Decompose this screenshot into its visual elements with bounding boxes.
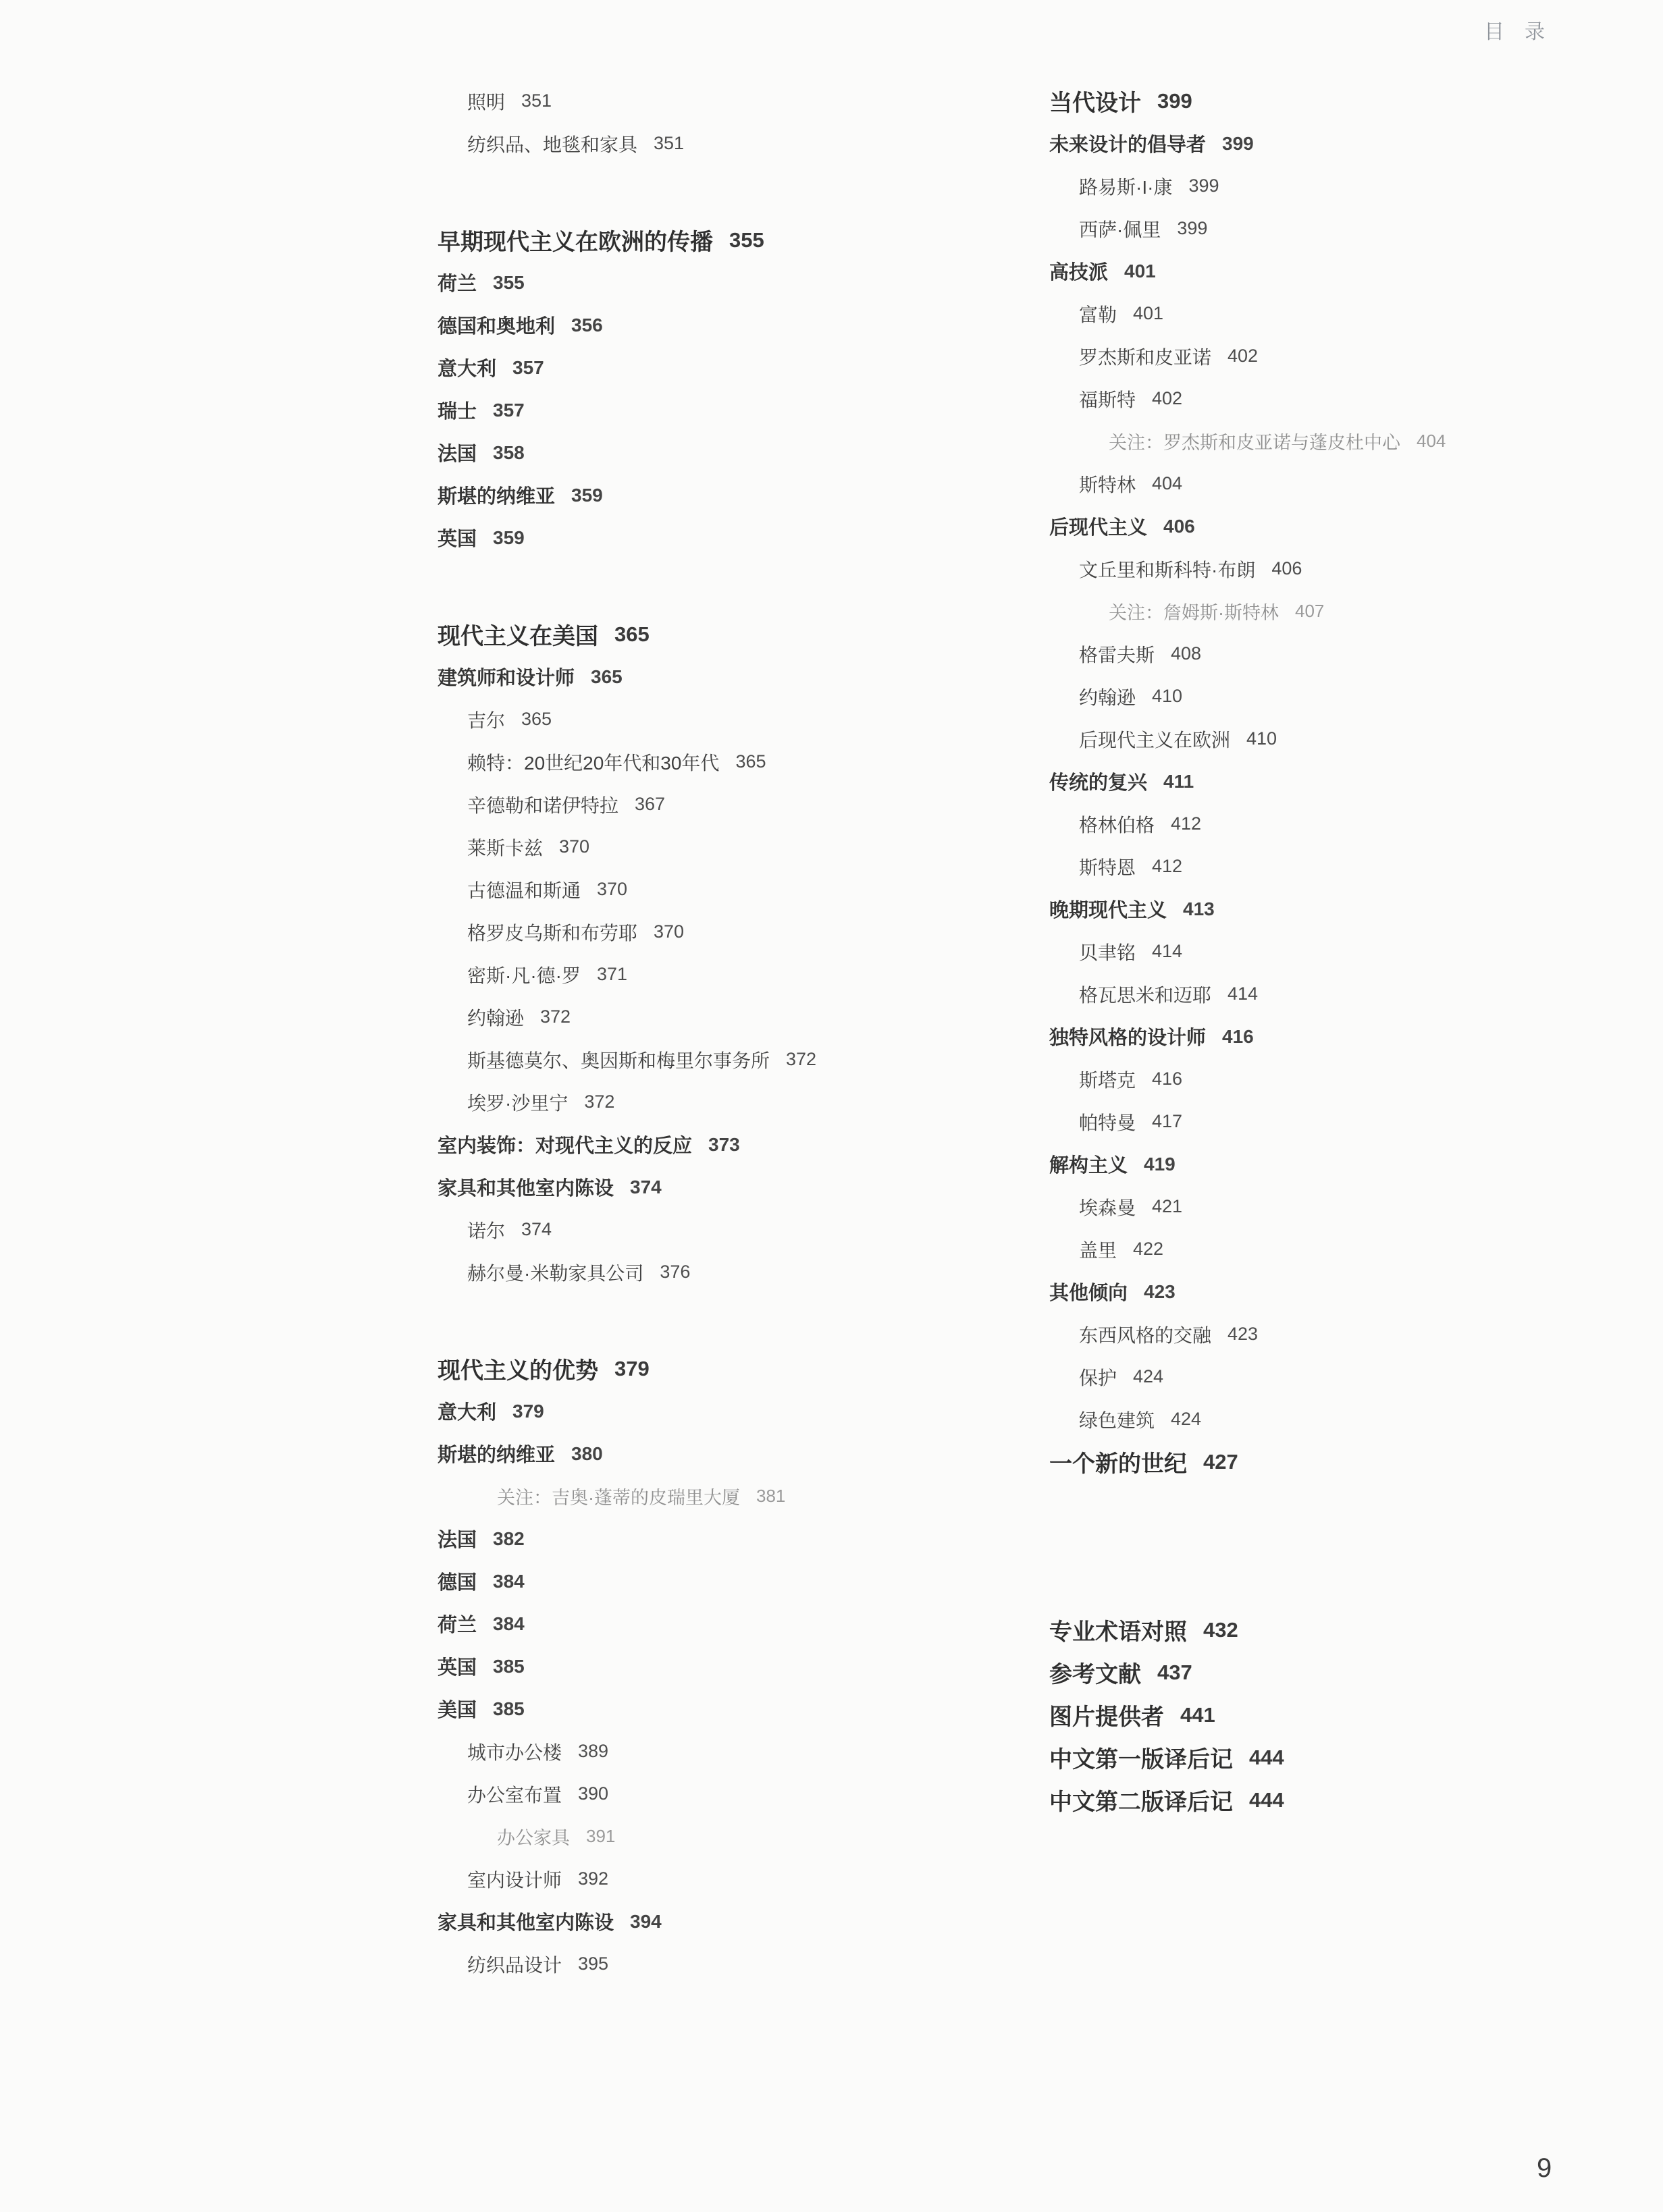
toc-entry-label: 莱斯卡兹 bbox=[467, 834, 543, 861]
toc-entry-label: 家具和其他室内陈设 bbox=[438, 1908, 614, 1935]
toc-entry-label: 德国 bbox=[438, 1567, 477, 1595]
toc-entry-label: 文丘里和斯科特·布朗 bbox=[1079, 556, 1255, 583]
toc-entry: 文丘里和斯科特·布朗406 bbox=[1049, 547, 1643, 590]
toc-entry: 法国382 bbox=[438, 1517, 1005, 1560]
toc-entry-page: 406 bbox=[1271, 558, 1302, 579]
toc-entry-label: 独特风格的设计师 bbox=[1049, 1023, 1206, 1050]
toc-entry-label: 约翰逊 bbox=[1079, 683, 1136, 710]
toc-entry-page: 413 bbox=[1183, 898, 1215, 920]
toc-entry: 中文第二版译后记444 bbox=[1049, 1779, 1643, 1821]
toc-entry-page: 437 bbox=[1157, 1661, 1192, 1685]
toc-entry-label: 格雷夫斯 bbox=[1079, 641, 1155, 668]
toc-entry: 莱斯卡兹370 bbox=[438, 826, 1005, 868]
toc-entry: 纺织品、地毯和家具351 bbox=[438, 122, 1005, 165]
toc-entry-label: 办公室布置 bbox=[467, 1781, 562, 1808]
toc-entry-page: 358 bbox=[493, 442, 525, 464]
toc-entry-page: 384 bbox=[493, 1571, 525, 1592]
toc-entry: 贝聿铭414 bbox=[1049, 930, 1643, 973]
toc-entry-label: 福斯特 bbox=[1079, 385, 1136, 412]
toc-entry-label: 古德温和斯通 bbox=[467, 876, 581, 903]
toc-entry-label: 室内装饰：对现代主义的反应 bbox=[438, 1131, 692, 1158]
toc-entry-page: 381 bbox=[756, 1486, 785, 1507]
toc-entry-page: 357 bbox=[493, 400, 525, 421]
toc-entry: 绿色建筑424 bbox=[1049, 1398, 1643, 1440]
toc-column-right: 当代设计399未来设计的倡导者399路易斯·I·康399西萨·佩里399高技派4… bbox=[1049, 80, 1643, 1821]
toc-entry-label: 斯堪的纳维亚 bbox=[438, 1440, 555, 1467]
toc-entry-label: 解构主义 bbox=[1049, 1150, 1128, 1178]
toc-entry: 盖里422 bbox=[1049, 1228, 1643, 1270]
toc-entry-page: 370 bbox=[654, 921, 684, 942]
toc-entry-label: 富勒 bbox=[1079, 300, 1117, 327]
toc-entry-label: 中文第一版译后记 bbox=[1049, 1741, 1233, 1774]
toc-entry-page: 399 bbox=[1222, 133, 1254, 155]
toc-entry-page: 410 bbox=[1246, 728, 1277, 749]
toc-entry-label: 东西风格的交融 bbox=[1079, 1321, 1211, 1348]
toc-entry-page: 372 bbox=[540, 1006, 571, 1027]
toc-entry: 斯堪的纳维亚359 bbox=[438, 474, 1005, 516]
toc-entry-label: 高技派 bbox=[1049, 257, 1108, 285]
toc-entry-page: 410 bbox=[1152, 686, 1182, 707]
toc-entry-page: 423 bbox=[1144, 1281, 1176, 1303]
toc-entry: 纺织品设计395 bbox=[438, 1943, 1005, 1985]
toc-entry-label: 晚期现代主义 bbox=[1049, 895, 1167, 923]
toc-entry: 斯塔克416 bbox=[1049, 1058, 1643, 1100]
toc-entry: 后现代主义406 bbox=[1049, 505, 1643, 547]
toc-entry-page: 376 bbox=[660, 1262, 690, 1283]
toc-entry-page: 411 bbox=[1163, 771, 1194, 792]
toc-entry: 意大利357 bbox=[438, 346, 1005, 389]
toc-entry: 图片提供者441 bbox=[1049, 1694, 1643, 1736]
toc-entry-page: 365 bbox=[591, 666, 623, 688]
toc-entry: 室内装饰：对现代主义的反应373 bbox=[438, 1123, 1005, 1166]
toc-entry-page: 372 bbox=[786, 1049, 816, 1070]
toc-entry-page: 432 bbox=[1203, 1618, 1238, 1642]
toc-entry-page: 404 bbox=[1417, 431, 1446, 452]
toc-entry-label: 盖里 bbox=[1079, 1236, 1117, 1263]
toc-entry: 格罗皮乌斯和布劳耶370 bbox=[438, 911, 1005, 953]
toc-entry: 吉尔365 bbox=[438, 698, 1005, 740]
toc-entry-page: 351 bbox=[521, 90, 552, 111]
toc-entry-label: 纺织品设计 bbox=[467, 1951, 562, 1978]
toc-entry-label: 专业术语对照 bbox=[1049, 1613, 1187, 1646]
toc-entry-label: 斯特林 bbox=[1079, 470, 1136, 497]
toc-entry: 福斯特402 bbox=[1049, 377, 1643, 420]
toc-entry-page: 380 bbox=[571, 1443, 603, 1465]
toc-entry-label: 英国 bbox=[438, 1652, 477, 1680]
toc-entry: 古德温和斯通370 bbox=[438, 868, 1005, 911]
toc-entry: 传统的复兴411 bbox=[1049, 760, 1643, 803]
toc-entry-page: 389 bbox=[578, 1741, 608, 1762]
toc-entry: 斯基德莫尔、奥因斯和梅里尔事务所372 bbox=[438, 1038, 1005, 1081]
toc-entry: 早期现代主义在欧洲的传播355 bbox=[438, 219, 1005, 261]
toc-entry-page: 402 bbox=[1152, 388, 1182, 409]
toc-entry: 约翰逊372 bbox=[438, 996, 1005, 1038]
toc-entry-page: 370 bbox=[597, 879, 627, 900]
toc-entry-label: 赫尔曼·米勒家具公司 bbox=[467, 1259, 643, 1286]
toc-entry-page: 399 bbox=[1188, 176, 1219, 196]
toc-entry: 荷兰355 bbox=[438, 261, 1005, 304]
toc-entry: 德国和奥地利356 bbox=[438, 304, 1005, 346]
toc-entry-page: 427 bbox=[1203, 1450, 1238, 1474]
toc-entry-label: 其他倾向 bbox=[1049, 1278, 1128, 1305]
toc-entry: 建筑师和设计师365 bbox=[438, 655, 1005, 698]
toc-entry: 晚期现代主义413 bbox=[1049, 888, 1643, 930]
toc-entry: 埃森曼421 bbox=[1049, 1185, 1643, 1228]
toc-entry-page: 441 bbox=[1180, 1703, 1215, 1727]
toc-entry-label: 现代主义在美国 bbox=[438, 618, 598, 651]
toc-entry-page: 373 bbox=[708, 1134, 740, 1156]
toc-entry: 斯特恩412 bbox=[1049, 845, 1643, 888]
toc-entry-page: 401 bbox=[1124, 261, 1156, 282]
toc-entry: 辛德勒和诺伊特拉367 bbox=[438, 783, 1005, 826]
toc-entry-label: 意大利 bbox=[438, 354, 496, 381]
toc-entry-page: 390 bbox=[578, 1783, 608, 1804]
toc-entry-page: 424 bbox=[1171, 1409, 1201, 1430]
toc-entry-page: 379 bbox=[614, 1357, 650, 1381]
document-page: 目 录 照明351纺织品、地毯和家具351早期现代主义在欧洲的传播355荷兰35… bbox=[0, 0, 1663, 2212]
toc-entry: 解构主义419 bbox=[1049, 1143, 1643, 1185]
toc-entry-label: 赖特：20世纪20年代和30年代 bbox=[467, 749, 719, 776]
toc-entry: 室内设计师392 bbox=[438, 1858, 1005, 1900]
toc-entry: 帕特曼417 bbox=[1049, 1100, 1643, 1143]
toc-entry: 德国384 bbox=[438, 1560, 1005, 1602]
toc-entry: 其他倾向423 bbox=[1049, 1270, 1643, 1313]
toc-entry: 关注：吉奥·蓬蒂的皮瑞里大厦381 bbox=[438, 1475, 1005, 1517]
toc-entry-label: 关注：詹姆斯·斯特林 bbox=[1109, 598, 1279, 624]
toc-entry-label: 中文第二版译后记 bbox=[1049, 1783, 1233, 1816]
toc-entry-label: 办公家具 bbox=[497, 1823, 570, 1850]
toc-entry-page: 385 bbox=[493, 1698, 525, 1720]
toc-entry-label: 英国 bbox=[438, 524, 477, 551]
toc-entry-page: 370 bbox=[559, 836, 589, 857]
toc-entry: 办公室布置390 bbox=[438, 1773, 1005, 1815]
toc-entry: 现代主义的优势379 bbox=[438, 1347, 1005, 1390]
toc-entry: 办公家具391 bbox=[438, 1815, 1005, 1858]
toc-entry-label: 现代主义的优势 bbox=[438, 1352, 598, 1385]
toc-entry-label: 未来设计的倡导者 bbox=[1049, 130, 1206, 157]
toc-entry-page: 404 bbox=[1152, 473, 1182, 494]
toc-entry: 荷兰384 bbox=[438, 1602, 1005, 1645]
toc-entry-page: 355 bbox=[493, 272, 525, 294]
toc-entry-page: 399 bbox=[1177, 218, 1207, 239]
toc-entry-page: 391 bbox=[586, 1826, 615, 1847]
toc-entry: 东西风格的交融423 bbox=[1049, 1313, 1643, 1355]
toc-entry-page: 374 bbox=[630, 1177, 662, 1198]
toc-entry-page: 414 bbox=[1228, 983, 1258, 1004]
toc-entry-page: 444 bbox=[1249, 1788, 1284, 1812]
toc-entry-label: 法国 bbox=[438, 1525, 477, 1553]
toc-entry-page: 392 bbox=[578, 1868, 608, 1889]
toc-entry: 英国385 bbox=[438, 1645, 1005, 1688]
toc-entry: 约翰逊410 bbox=[1049, 675, 1643, 718]
toc-entry: 现代主义在美国365 bbox=[438, 613, 1005, 655]
toc-entry: 格瓦思米和迈耶414 bbox=[1049, 973, 1643, 1015]
toc-entry-label: 保护 bbox=[1079, 1364, 1117, 1391]
toc-entry: 保护424 bbox=[1049, 1355, 1643, 1398]
toc-entry-label: 照明 bbox=[467, 88, 505, 115]
toc-entry-label: 帕特曼 bbox=[1079, 1108, 1136, 1135]
toc-entry: 美国385 bbox=[438, 1688, 1005, 1730]
toc-entry: 家具和其他室内陈设394 bbox=[438, 1900, 1005, 1943]
toc-entry: 照明351 bbox=[438, 80, 1005, 122]
toc-entry-page: 407 bbox=[1295, 601, 1324, 622]
toc-entry: 关注：罗杰斯和皮亚诺与蓬皮杜中心404 bbox=[1049, 420, 1643, 462]
toc-entry-label: 德国和奥地利 bbox=[438, 311, 555, 339]
toc-entry-page: 402 bbox=[1228, 346, 1258, 367]
toc-entry: 埃罗·沙里宁372 bbox=[438, 1081, 1005, 1123]
toc-entry-label: 斯基德莫尔、奥因斯和梅里尔事务所 bbox=[467, 1046, 770, 1073]
toc-entry: 英国359 bbox=[438, 516, 1005, 559]
toc-entry: 罗杰斯和皮亚诺402 bbox=[1049, 335, 1643, 377]
toc-entry-label: 参考文献 bbox=[1049, 1656, 1141, 1689]
toc-entry-page: 356 bbox=[571, 315, 603, 336]
toc-entry: 家具和其他室内陈设374 bbox=[438, 1166, 1005, 1208]
toc-entry-page: 382 bbox=[493, 1528, 525, 1550]
toc-entry-label: 早期现代主义在欧洲的传播 bbox=[438, 223, 713, 257]
toc-entry-page: 419 bbox=[1144, 1154, 1176, 1175]
toc-entry-page: 406 bbox=[1163, 516, 1195, 537]
toc-entry-page: 394 bbox=[630, 1911, 662, 1933]
toc-entry-label: 建筑师和设计师 bbox=[438, 663, 575, 691]
toc-entry: 城市办公楼389 bbox=[438, 1730, 1005, 1773]
toc-entry: 富勒401 bbox=[1049, 292, 1643, 335]
toc-entry: 诺尔374 bbox=[438, 1208, 1005, 1251]
toc-entry-label: 格罗皮乌斯和布劳耶 bbox=[467, 919, 637, 946]
toc-entry-label: 意大利 bbox=[438, 1397, 496, 1425]
toc-entry-label: 路易斯·I·康 bbox=[1079, 173, 1172, 200]
page-number: 9 bbox=[1537, 2153, 1552, 2184]
toc-entry: 关注：詹姆斯·斯特林407 bbox=[1049, 590, 1643, 632]
toc-entry-page: 422 bbox=[1133, 1239, 1163, 1260]
toc-entry-label: 罗杰斯和皮亚诺 bbox=[1079, 343, 1211, 370]
toc-entry-page: 395 bbox=[578, 1953, 608, 1974]
toc-entry-label: 荷兰 bbox=[438, 1610, 477, 1638]
toc-entry: 斯特林404 bbox=[1049, 462, 1643, 505]
toc-entry: 赖特：20世纪20年代和30年代365 bbox=[438, 740, 1005, 783]
toc-entry-label: 辛德勒和诺伊特拉 bbox=[467, 791, 618, 818]
toc-entry-page: 412 bbox=[1171, 813, 1201, 834]
toc-entry-label: 家具和其他室内陈设 bbox=[438, 1173, 614, 1201]
toc-entry-label: 关注：吉奥·蓬蒂的皮瑞里大厦 bbox=[497, 1483, 740, 1509]
toc-entry: 独特风格的设计师416 bbox=[1049, 1015, 1643, 1058]
toc-entry: 斯堪的纳维亚380 bbox=[438, 1432, 1005, 1475]
toc-entry: 格雷夫斯408 bbox=[1049, 632, 1643, 675]
toc-entry-label: 关注：罗杰斯和皮亚诺与蓬皮杜中心 bbox=[1109, 428, 1400, 454]
toc-entry-label: 吉尔 bbox=[467, 706, 505, 733]
toc-entry-page: 365 bbox=[735, 751, 766, 772]
toc-entry-page: 384 bbox=[493, 1613, 525, 1635]
toc-entry-label: 后现代主义在欧洲 bbox=[1079, 726, 1230, 753]
toc-entry: 赫尔曼·米勒家具公司376 bbox=[438, 1251, 1005, 1293]
toc-entry: 意大利379 bbox=[438, 1390, 1005, 1432]
toc-entry-page: 351 bbox=[654, 133, 684, 154]
toc-entry-label: 贝聿铭 bbox=[1079, 938, 1136, 965]
toc-entry-label: 室内设计师 bbox=[467, 1866, 562, 1893]
toc-entry-page: 355 bbox=[729, 228, 764, 252]
toc-entry: 格林伯格412 bbox=[1049, 803, 1643, 845]
toc-entry-page: 444 bbox=[1249, 1746, 1284, 1770]
toc-entry-page: 365 bbox=[521, 709, 552, 730]
toc-entry-page: 408 bbox=[1171, 643, 1201, 664]
toc-entry-page: 424 bbox=[1133, 1366, 1163, 1387]
toc-entry: 当代设计399 bbox=[1049, 80, 1643, 122]
toc-entry-label: 瑞士 bbox=[438, 396, 477, 424]
toc-entry-page: 385 bbox=[493, 1656, 525, 1677]
toc-entry: 中文第一版译后记444 bbox=[1049, 1736, 1643, 1779]
toc-entry-label: 格瓦思米和迈耶 bbox=[1079, 981, 1211, 1008]
toc-entry-label: 诺尔 bbox=[467, 1216, 505, 1243]
toc-entry: 未来设计的倡导者399 bbox=[1049, 122, 1643, 165]
toc-entry-label: 图片提供者 bbox=[1049, 1698, 1164, 1731]
toc-entry-label: 埃罗·沙里宁 bbox=[467, 1089, 568, 1116]
toc-entry: 法国358 bbox=[438, 431, 1005, 474]
toc-entry-label: 荷兰 bbox=[438, 269, 477, 296]
toc-entry: 一个新的世纪427 bbox=[1049, 1440, 1643, 1483]
toc-entry-page: 416 bbox=[1152, 1069, 1182, 1089]
toc-entry: 瑞士357 bbox=[438, 389, 1005, 431]
running-head-title: 目 录 bbox=[1484, 15, 1545, 45]
toc-entry-label: 传统的复兴 bbox=[1049, 767, 1147, 795]
toc-entry-label: 斯特恩 bbox=[1079, 853, 1136, 880]
toc-entry: 西萨·佩里399 bbox=[1049, 207, 1643, 250]
toc-entry: 密斯·凡·德·罗371 bbox=[438, 953, 1005, 996]
toc-entry-page: 367 bbox=[635, 794, 665, 815]
toc-entry: 专业术语对照432 bbox=[1049, 1609, 1643, 1651]
toc-entry-label: 后现代主义 bbox=[1049, 512, 1147, 540]
toc-entry-page: 399 bbox=[1157, 89, 1192, 113]
toc-entry: 参考文献437 bbox=[1049, 1651, 1643, 1694]
toc-entry-label: 一个新的世纪 bbox=[1049, 1445, 1187, 1478]
toc-entry-page: 423 bbox=[1228, 1324, 1258, 1345]
toc-entry-page: 359 bbox=[493, 527, 525, 549]
toc-entry-page: 421 bbox=[1152, 1196, 1182, 1217]
toc-entry-label: 格林伯格 bbox=[1079, 811, 1155, 838]
toc-entry-page: 359 bbox=[571, 485, 603, 506]
toc-entry-label: 约翰逊 bbox=[467, 1004, 524, 1031]
toc-entry-label: 斯堪的纳维亚 bbox=[438, 481, 555, 509]
toc-entry-page: 379 bbox=[512, 1401, 544, 1422]
toc-entry-page: 412 bbox=[1152, 856, 1182, 877]
toc-entry-label: 当代设计 bbox=[1049, 84, 1141, 117]
toc-entry-page: 416 bbox=[1222, 1026, 1254, 1048]
toc-entry-label: 法国 bbox=[438, 439, 477, 466]
toc-entry-label: 密斯·凡·德·罗 bbox=[467, 961, 581, 988]
toc-entry-page: 401 bbox=[1133, 303, 1163, 324]
toc-entry-label: 西萨·佩里 bbox=[1079, 215, 1161, 242]
toc-entry: 高技派401 bbox=[1049, 250, 1643, 292]
toc-entry-label: 纺织品、地毯和家具 bbox=[467, 130, 637, 157]
toc-entry-label: 美国 bbox=[438, 1695, 477, 1723]
toc-entry-page: 365 bbox=[614, 622, 650, 647]
toc-entry-label: 城市办公楼 bbox=[467, 1738, 562, 1765]
toc-entry-label: 绿色建筑 bbox=[1079, 1406, 1155, 1433]
toc-entry-page: 372 bbox=[584, 1091, 614, 1112]
toc-entry-page: 414 bbox=[1152, 941, 1182, 962]
toc-entry-page: 357 bbox=[512, 357, 544, 379]
toc-entry-page: 374 bbox=[521, 1219, 552, 1240]
toc-entry-page: 371 bbox=[597, 964, 627, 985]
toc-column-left: 照明351纺织品、地毯和家具351早期现代主义在欧洲的传播355荷兰355德国和… bbox=[438, 80, 1005, 1985]
toc-entry: 路易斯·I·康399 bbox=[1049, 165, 1643, 207]
toc-entry-page: 417 bbox=[1152, 1111, 1182, 1132]
toc-entry: 后现代主义在欧洲410 bbox=[1049, 718, 1643, 760]
toc-entry-label: 埃森曼 bbox=[1079, 1193, 1136, 1220]
toc-entry-label: 斯塔克 bbox=[1079, 1066, 1136, 1093]
